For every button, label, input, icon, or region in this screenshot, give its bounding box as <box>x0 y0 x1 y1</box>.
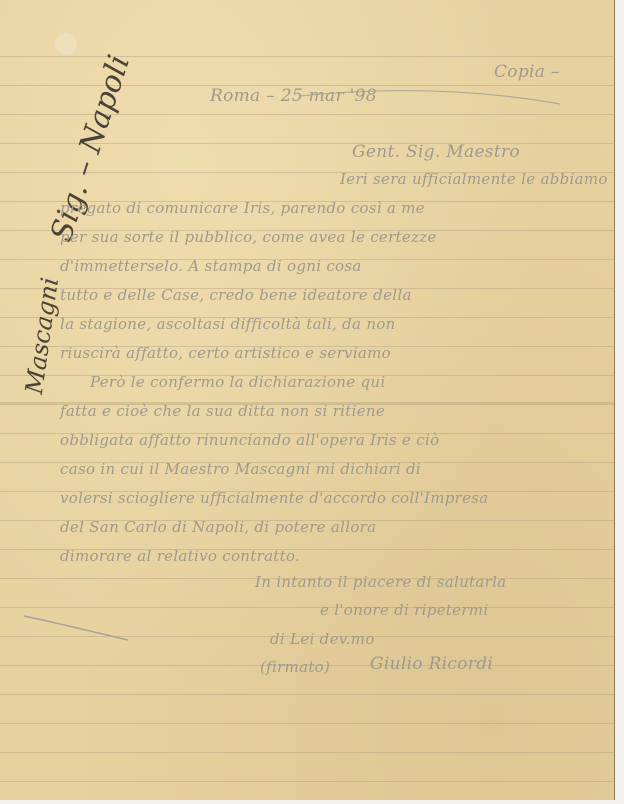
signed-mark: (firmato) <box>260 658 330 676</box>
body-line: dimorare al relativo contratto. <box>60 547 300 565</box>
body-line: e l'onore di ripetermi <box>320 601 488 619</box>
signature: Giulio Ricordi <box>370 654 493 674</box>
body-line: d'immetterselo. A stampa di ogni cosa <box>60 257 362 275</box>
body-line: Ieri sera ufficialmente le abbiamo <box>340 170 608 188</box>
body-line: riuscirà affatto, certo artistico e serv… <box>60 344 391 362</box>
signature-flourish <box>22 612 132 642</box>
body-line: per sua sorte il pubblico, come avea le … <box>60 228 437 246</box>
body-line: del San Carlo di Napoli, di potere allor… <box>60 518 376 536</box>
date-flourish <box>300 78 570 108</box>
body-line: Però le confermo la dichiarazione qui <box>90 373 385 391</box>
body-line: volersi sciogliere ufficialmente d'accor… <box>60 489 489 507</box>
body-line: la stagione, ascoltasi difficoltà tali, … <box>60 315 396 333</box>
closing-line: di Lei dev.mo <box>270 630 375 648</box>
letter-page: Sig. – Napoli Mascagni Copia – Roma – 25… <box>0 0 615 800</box>
body-line: pregato di comunicare Iris, parendo così… <box>60 199 425 217</box>
body-line: fatta e cioè che la sua ditta non si rit… <box>60 402 385 420</box>
body-line: obbligata affatto rinunciando all'opera … <box>60 431 439 449</box>
salutation: Gent. Sig. Maestro <box>352 142 520 162</box>
body-line: In intanto il piacere di salutarla <box>255 573 506 591</box>
body-line: tutto e delle Case, credo bene ideatore … <box>60 286 412 304</box>
embossed-stamp <box>54 32 78 56</box>
body-line: caso in cui il Maestro Mascagni mi dichi… <box>60 460 421 478</box>
